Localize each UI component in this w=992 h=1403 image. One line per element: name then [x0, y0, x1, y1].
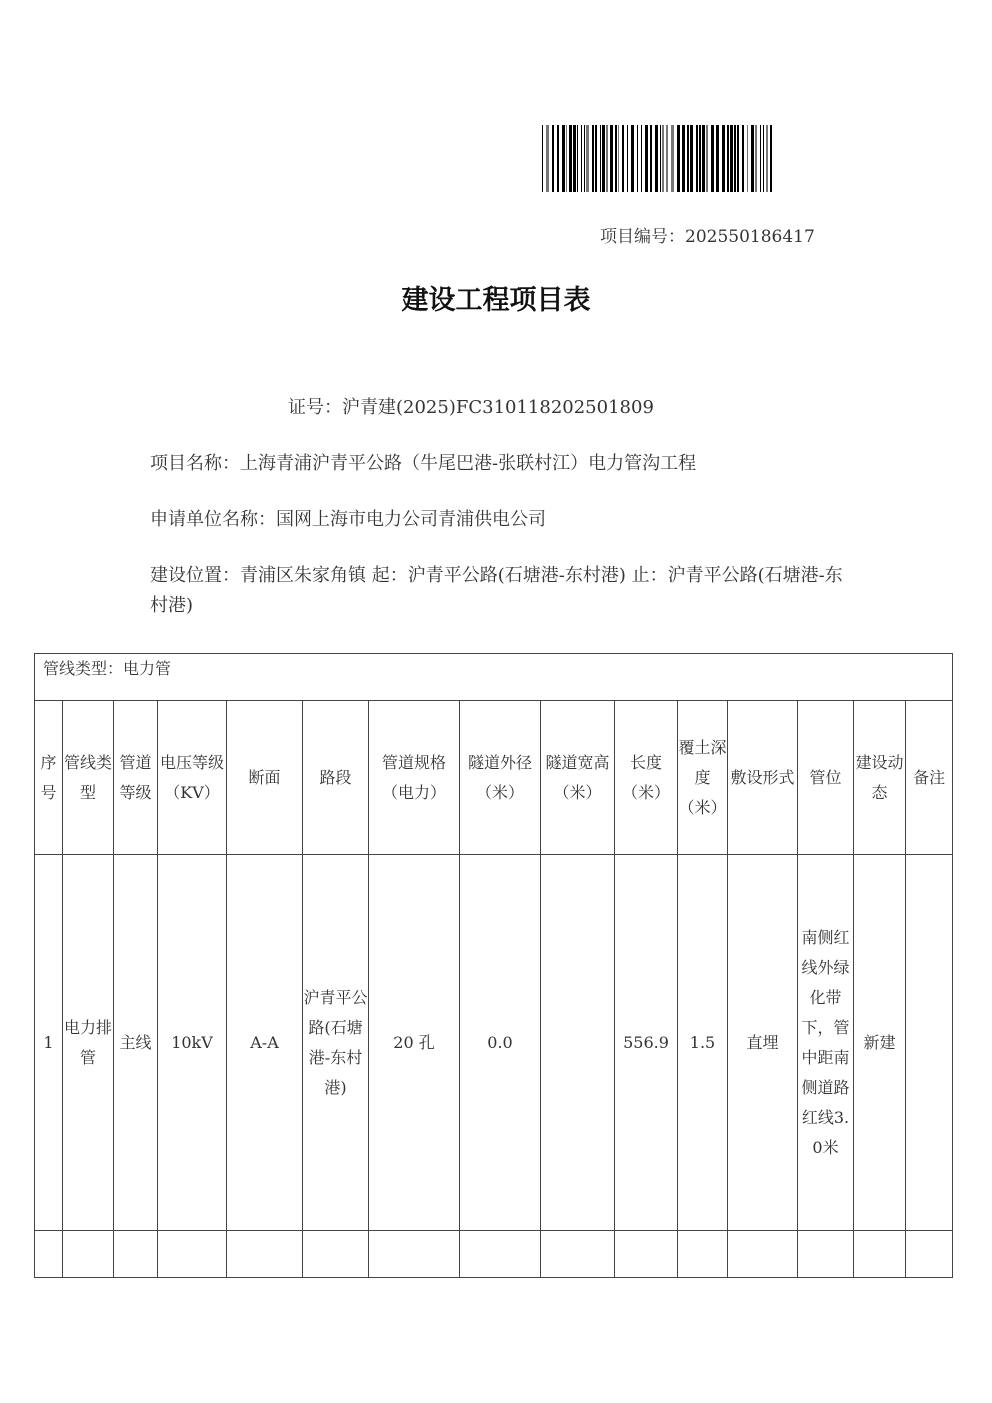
table-cell: [114, 1231, 158, 1278]
table-cell: [798, 1231, 854, 1278]
header-cell: 管道等级: [114, 701, 158, 855]
certificate-line: 证号：沪青建(2025)FC310118202501809: [288, 393, 654, 419]
applicant-line: 申请单位名称：国网上海市电力公司青浦供电公司: [150, 505, 546, 531]
table-cell: A-A: [227, 855, 303, 1231]
project-number-value: 202550186417: [685, 227, 815, 247]
barcode: [542, 125, 842, 192]
table-cell: [615, 1231, 678, 1278]
table-cell: 沪青平公路(石塘港-东村港): [303, 855, 369, 1231]
table-cell: [906, 1231, 953, 1278]
table-cell: [35, 1231, 63, 1278]
barcode-bar: [772, 125, 775, 192]
applicant-label: 申请单位名称：: [150, 509, 276, 530]
header-row: 序号 管线类型 管道等级 电压等级（KV） 断面 路段 管道规格（电力） 隧道外…: [35, 701, 953, 855]
table-row: [35, 1231, 953, 1278]
table-cell: [460, 1231, 541, 1278]
applicant-value: 国网上海市电力公司青浦供电公司: [276, 509, 546, 530]
page-title: 建设工程项目表: [0, 278, 992, 317]
table-cell: 556.9: [615, 855, 678, 1231]
header-cell: 覆土深度（米）: [678, 701, 728, 855]
table-cell: 主线: [114, 855, 158, 1231]
header-cell: 备注: [906, 701, 953, 855]
certificate-value: 沪青建(2025)FC310118202501809: [342, 397, 654, 418]
table-cell: [728, 1231, 798, 1278]
table-cell: [541, 1231, 615, 1278]
header-cell: 隧道外径（米）: [460, 701, 541, 855]
table-cell: [303, 1231, 369, 1278]
project-name-label: 项目名称：: [150, 453, 240, 474]
project-number: 项目编号：202550186417: [600, 222, 815, 247]
table-cell: [541, 855, 615, 1231]
header-cell: 序号: [35, 701, 63, 855]
table-cell: 直埋: [728, 855, 798, 1231]
header-cell: 电压等级（KV）: [158, 701, 227, 855]
header-cell: 隧道宽高（米）: [541, 701, 615, 855]
location-value: 青浦区朱家角镇 起：沪青平公路(石塘港-东村港) 止：沪青平公路(石塘港-东村港…: [150, 565, 843, 616]
table-cell: 1.5: [678, 855, 728, 1231]
header-cell: 路段: [303, 701, 369, 855]
header-cell: 长度（米）: [615, 701, 678, 855]
header-cell: 建设动态: [854, 701, 906, 855]
table-cell: 20 孔: [369, 855, 460, 1231]
project-name-value: 上海青浦沪青平公路（牛尾巴港-张联村江）电力管沟工程: [240, 453, 696, 474]
table-cell: 新建: [854, 855, 906, 1231]
project-number-label: 项目编号：: [600, 227, 685, 247]
header-cell: 管线类型: [63, 701, 114, 855]
table-cell: [854, 1231, 906, 1278]
table-cell: 0.0: [460, 855, 541, 1231]
pipeline-type-cell: 管线类型：电力管: [35, 654, 953, 701]
table-cell: [227, 1231, 303, 1278]
table-cell: [63, 1231, 114, 1278]
project-name-line: 项目名称：上海青浦沪青平公路（牛尾巴港-张联村江）电力管沟工程: [150, 449, 696, 475]
header-cell: 管位: [798, 701, 854, 855]
project-table: 管线类型：电力管 序号 管线类型 管道等级 电压等级（KV） 断面 路段 管道规…: [34, 653, 953, 1278]
table-cell: [158, 1231, 227, 1278]
header-cell: 敷设形式: [728, 701, 798, 855]
table-cell: 10kV: [158, 855, 227, 1231]
table-cell: [369, 1231, 460, 1278]
certificate-label: 证号：: [288, 397, 342, 418]
header-cell: 断面: [227, 701, 303, 855]
table-cell: [678, 1231, 728, 1278]
table-cell: 电力排管: [63, 855, 114, 1231]
table-cell: 1: [35, 855, 63, 1231]
table-cell: [906, 855, 953, 1231]
location-line: 建设位置：青浦区朱家角镇 起：沪青平公路(石塘港-东村港) 止：沪青平公路(石塘…: [150, 561, 850, 621]
table-cell: 南侧红线外绿化带下，管中距南侧道路红线3.0米: [798, 855, 854, 1231]
table-row: 1 电力排管 主线 10kV A-A 沪青平公路(石塘港-东村港) 20 孔 0…: [35, 855, 953, 1231]
header-cell: 管道规格（电力）: [369, 701, 460, 855]
location-label: 建设位置：: [150, 565, 240, 586]
